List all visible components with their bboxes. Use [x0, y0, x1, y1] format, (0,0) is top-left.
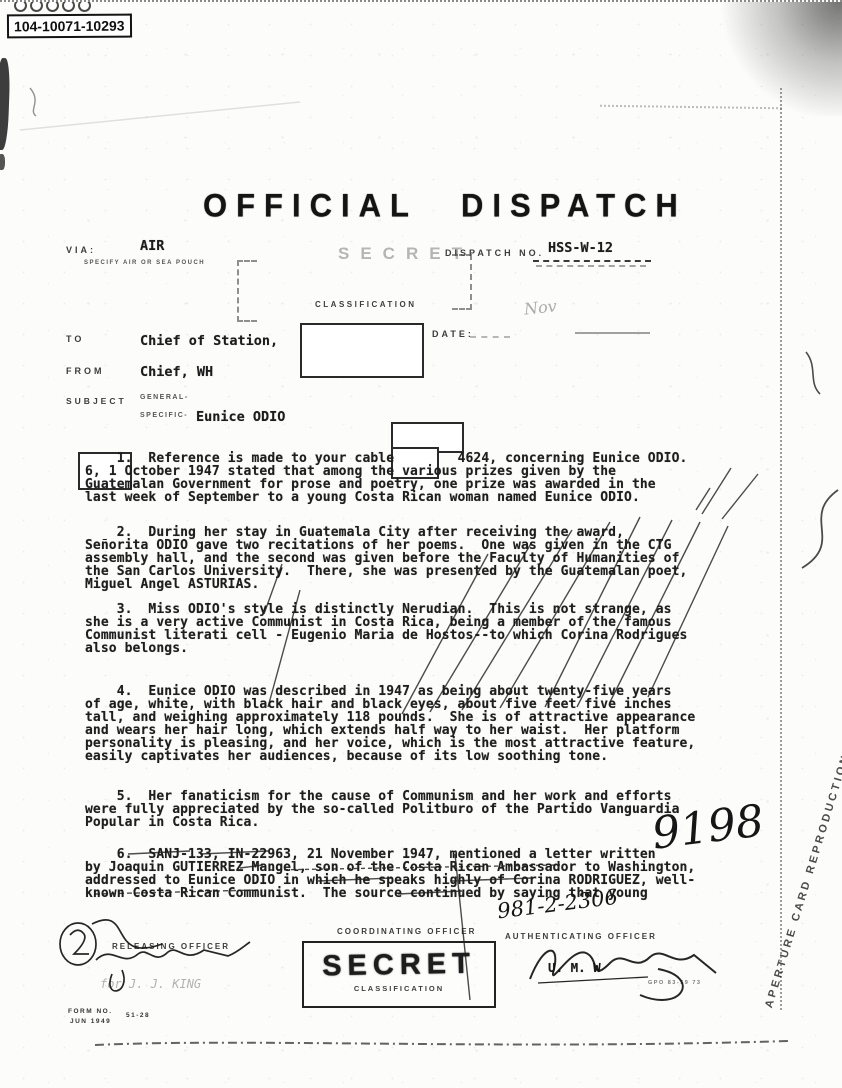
via-label: VIA: — [66, 245, 96, 255]
classification-bottom-label: CLASSIFICATION — [304, 984, 494, 993]
dispatch-no-underline — [533, 260, 651, 262]
subject-specific-value: Eunice ODIO — [196, 409, 285, 425]
paragraph-3: 3. Miss ODIO's style is distinctly Nerud… — [85, 603, 745, 655]
authenticating-name: U. M. W — [548, 960, 601, 975]
record-number-box: 104-10071-10293 — [7, 14, 132, 39]
via-value: AIR — [140, 238, 164, 254]
releasing-officer-signature — [50, 902, 270, 1017]
coordinating-officer-label: COORDINATING OFFICER — [337, 927, 476, 936]
punch-hole — [30, 0, 43, 12]
aperture-card-stamp: APERTURE CARD REPRODUCTIONS — [763, 742, 842, 1009]
scan-edge-line — [780, 88, 782, 1010]
date-label: DATE: — [432, 329, 474, 339]
subject-general-label: GENERAL- — [140, 394, 189, 401]
classification-stamp-box: SECRET CLASSIFICATION — [302, 941, 496, 1008]
page-title: OFFICIAL DISPATCH — [203, 187, 687, 225]
redaction-box — [300, 323, 424, 378]
paragraph-2: 2. During her stay in Guatemala City aft… — [85, 526, 745, 591]
paragraph-4: 4. Eunice ODIO was described in 1947 as … — [85, 685, 745, 763]
punch-hole — [14, 0, 27, 12]
classification-top-label: CLASSIFICATION — [315, 300, 417, 309]
secret-stamp: SECRET — [304, 947, 495, 983]
via-note: SPECIFY AIR OR SEA POUCH — [84, 260, 205, 266]
releasing-officer-label: RELEASING OFFICER — [112, 942, 230, 951]
date-handwritten: Nov — [523, 296, 557, 318]
punch-hole — [78, 0, 91, 12]
from-value: Chief, WH — [140, 364, 213, 380]
paragraph-1: 1. Reference is made to your cable 4624,… — [85, 452, 745, 504]
scan-artifact — [0, 58, 11, 150]
record-number: 104-10071-10293 — [14, 18, 125, 35]
authenticating-officer-label: AUTHENTICATING OFFICER — [505, 932, 657, 941]
releasing-signed-for: for J. J. KING — [100, 977, 201, 991]
gpo-print-note: GPO 83-59 73 — [648, 980, 701, 986]
from-label: FROM — [66, 366, 105, 376]
scan-artifact — [0, 154, 5, 170]
punch-hole — [46, 0, 59, 12]
form-date: JUN 1949 — [70, 1018, 111, 1025]
to-value: Chief of Station, — [140, 333, 278, 349]
date-underline — [575, 332, 650, 334]
date-underline — [470, 336, 510, 338]
dispatch-document-page: 104-10071-10293 OFFICIAL DISPATCH VIA: A… — [0, 0, 842, 1088]
dispatch-no-underline — [536, 265, 646, 267]
classification-bracket-right — [452, 254, 472, 310]
form-no-value: 51-28 — [126, 1012, 150, 1019]
to-label: TO — [66, 334, 84, 344]
punch-hole — [62, 0, 75, 12]
dispatch-no-value: HSS-W-12 — [548, 240, 613, 256]
form-no-label: FORM NO. — [68, 1008, 113, 1015]
subject-specific-label: SPECIFIC- — [140, 412, 188, 419]
subject-label: SUBJECT — [66, 396, 127, 406]
classification-bracket-left — [237, 260, 257, 322]
paragraph-6: 6. SANJ-133, IN-22963, 21 November 1947,… — [85, 848, 745, 900]
paragraph-5: 5. Her fanaticism for the cause of Commu… — [85, 790, 745, 829]
